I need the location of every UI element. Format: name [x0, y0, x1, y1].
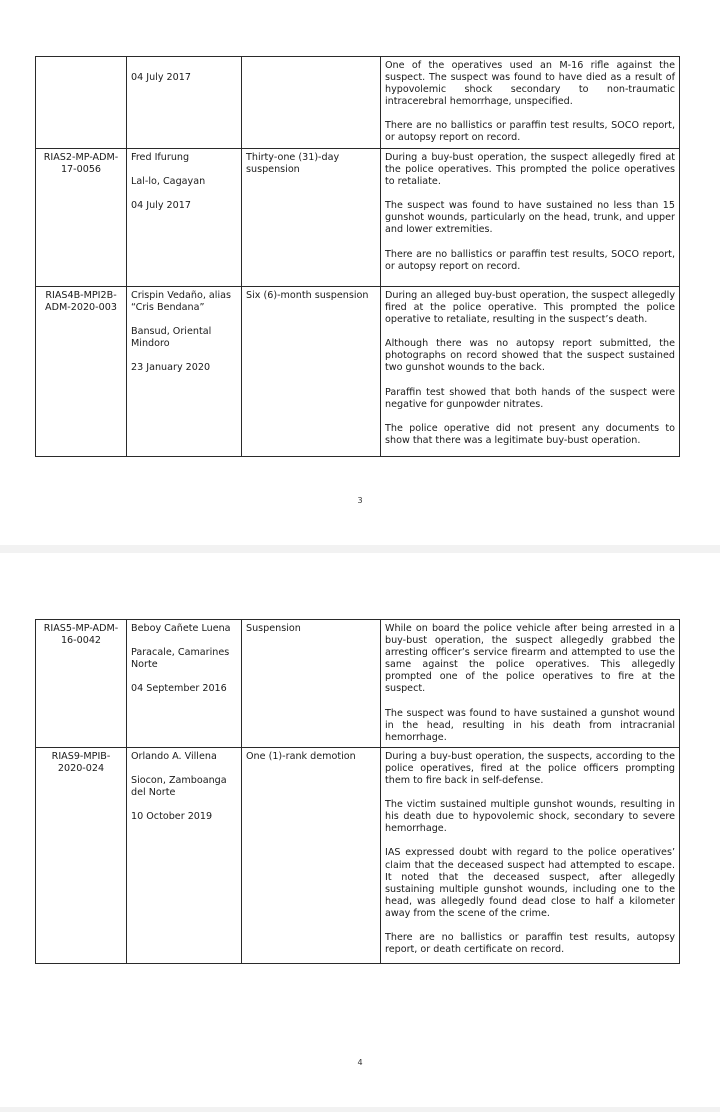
- respondent-cell: Crispin Vedaño, alias “Cris Bendana” Ban…: [127, 287, 242, 457]
- incident-location: Lal-lo, Cagayan: [131, 176, 237, 188]
- narrative-paragraph: Paraffin test showed that both hands of …: [385, 387, 675, 411]
- case-number-cell: RIAS9-MPIB-2020-024: [36, 747, 127, 963]
- respondent-cell: Orlando A. Villena Siocon, Zamboanga del…: [127, 747, 242, 963]
- case-number-cell: [36, 57, 127, 149]
- document-page-4: RIAS5-MP-ADM-16-0042 Beboy Cañete Luena …: [0, 553, 720, 1107]
- narrative-paragraph: The police operative did not present any…: [385, 423, 675, 447]
- penalty-cell: Thirty-one (31)-day suspension: [242, 149, 381, 287]
- respondent-name: Beboy Cañete Luena: [131, 623, 237, 635]
- case-number-cell: RIAS2-MP-ADM-17-0056: [36, 149, 127, 287]
- narrative-paragraph: One of the operatives used an M-16 rifle…: [385, 60, 675, 108]
- respondent-name: Fred Ifurung: [131, 152, 237, 164]
- penalty-cell: [242, 57, 381, 149]
- incident-date: 04 July 2017: [131, 200, 237, 212]
- incident-date: 04 July 2017: [131, 72, 237, 84]
- narrative-cell: During a buy-bust operation, the suspect…: [381, 149, 680, 287]
- narrative-paragraph: Although there was no autopsy report sub…: [385, 338, 675, 374]
- respondent-cell: 04 July 2017: [127, 57, 242, 149]
- document-page-3: 04 July 2017 One of the operatives used …: [0, 0, 720, 545]
- page-number: 4: [0, 1058, 720, 1067]
- narrative-paragraph: The suspect was found to have sustained …: [385, 200, 675, 236]
- incident-date: 23 January 2020: [131, 362, 237, 374]
- page-separator: [0, 1107, 720, 1112]
- narrative-cell: During a buy-bust operation, the suspect…: [381, 747, 680, 963]
- narrative-cell: One of the operatives used an M-16 rifle…: [381, 57, 680, 149]
- table-row: RIAS2-MP-ADM-17-0056 Fred Ifurung Lal-lo…: [36, 149, 680, 287]
- narrative-paragraph: The suspect was found to have sustained …: [385, 708, 675, 744]
- cases-table: 04 July 2017 One of the operatives used …: [35, 56, 680, 457]
- incident-location: Bansud, Oriental Mindoro: [131, 326, 237, 350]
- page-separator: [0, 545, 720, 553]
- table-row: 04 July 2017 One of the operatives used …: [36, 57, 680, 149]
- incident-date: 04 September 2016: [131, 683, 237, 695]
- narrative-paragraph: During a buy-bust operation, the suspect…: [385, 152, 675, 188]
- page-number: 3: [0, 496, 720, 505]
- case-number-cell: RIAS5-MP-ADM-16-0042: [36, 620, 127, 748]
- penalty-cell: Suspension: [242, 620, 381, 748]
- incident-date: 10 October 2019: [131, 811, 237, 823]
- respondent-name: Orlando A. Villena: [131, 751, 237, 763]
- narrative-cell: During an alleged buy-bust operation, th…: [381, 287, 680, 457]
- incident-location: Paracale, Camarines Norte: [131, 647, 237, 671]
- narrative-paragraph: There are no ballistics or paraffin test…: [385, 120, 675, 144]
- narrative-paragraph: IAS expressed doubt with regard to the p…: [385, 847, 675, 920]
- narrative-paragraph: During a buy-bust operation, the suspect…: [385, 751, 675, 787]
- respondent-cell: Beboy Cañete Luena Paracale, Camarines N…: [127, 620, 242, 748]
- narrative-cell: While on board the police vehicle after …: [381, 620, 680, 748]
- case-number-cell: RIAS4B-MPI2B-ADM-2020-003: [36, 287, 127, 457]
- narrative-paragraph: There are no ballistics or paraffin test…: [385, 249, 675, 273]
- table-row: RIAS9-MPIB-2020-024 Orlando A. Villena S…: [36, 747, 680, 963]
- cases-table: RIAS5-MP-ADM-16-0042 Beboy Cañete Luena …: [35, 619, 680, 964]
- incident-location: Siocon, Zamboanga del Norte: [131, 775, 237, 799]
- respondent-name: Crispin Vedaño, alias “Cris Bendana”: [131, 290, 237, 314]
- narrative-paragraph: There are no ballistics or paraffin test…: [385, 932, 675, 956]
- penalty-cell: One (1)-rank demotion: [242, 747, 381, 963]
- table-row: RIAS4B-MPI2B-ADM-2020-003 Crispin Vedaño…: [36, 287, 680, 457]
- narrative-paragraph: The victim sustained multiple gunshot wo…: [385, 799, 675, 835]
- penalty-cell: Six (6)-month suspension: [242, 287, 381, 457]
- narrative-paragraph: While on board the police vehicle after …: [385, 623, 675, 696]
- table-row: RIAS5-MP-ADM-16-0042 Beboy Cañete Luena …: [36, 620, 680, 748]
- respondent-cell: Fred Ifurung Lal-lo, Cagayan 04 July 201…: [127, 149, 242, 287]
- narrative-paragraph: During an alleged buy-bust operation, th…: [385, 290, 675, 326]
